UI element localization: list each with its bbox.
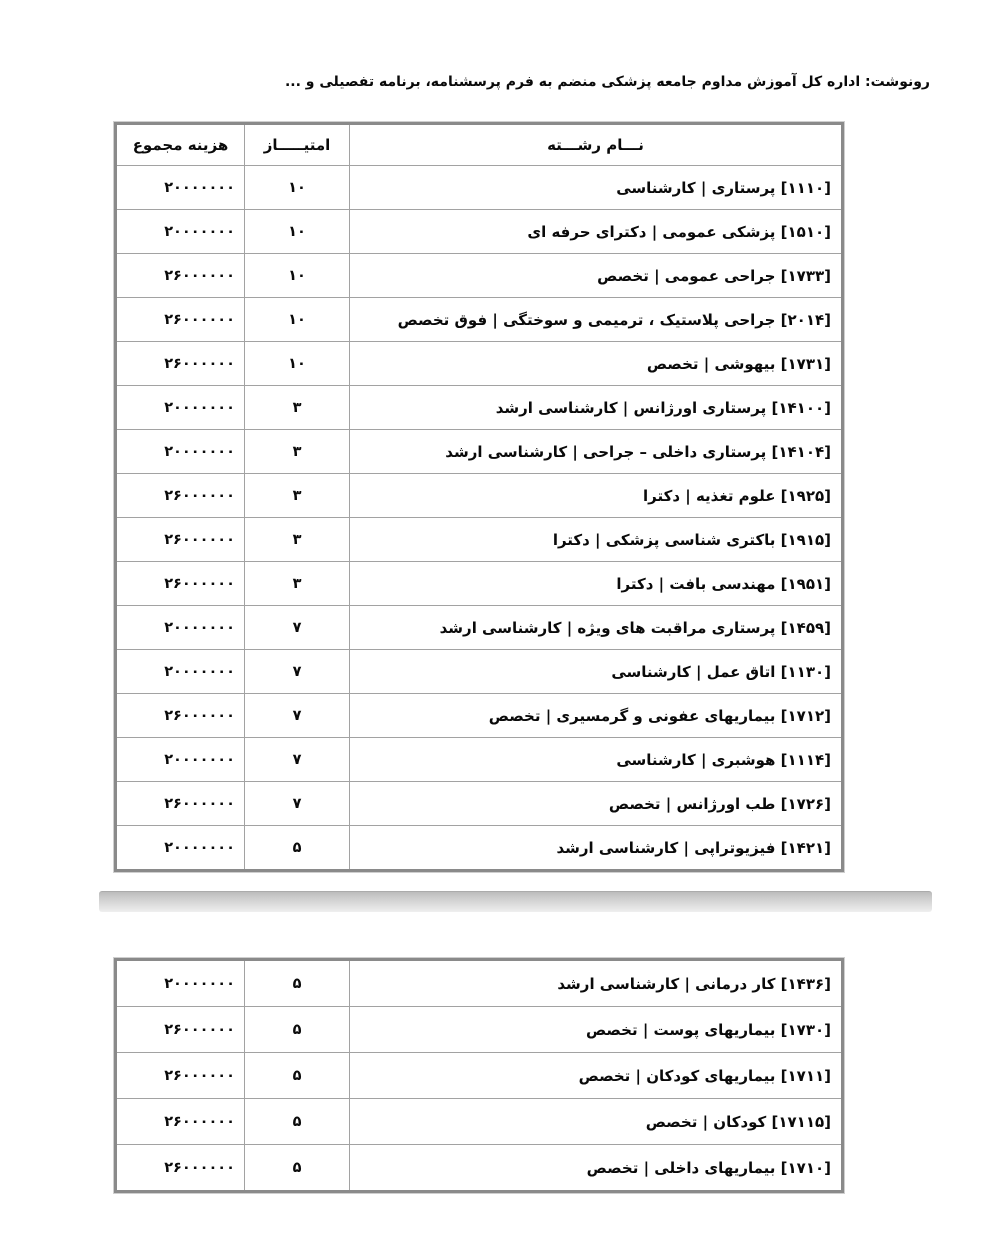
- cell-total-cost: ۲۶۰۰۰۰۰۰: [116, 518, 245, 562]
- cell-total-cost: ۲۰۰۰۰۰۰۰: [116, 738, 245, 782]
- cell-total-cost: ۲۶۰۰۰۰۰۰: [116, 342, 245, 386]
- table-row: [۱۷۳۱] بیهوشی | تخصص۱۰۲۶۰۰۰۰۰۰: [116, 342, 843, 386]
- cell-field-name: [۱۵۱۰] پزشکی عمومی | دکترای حرفه ای: [350, 210, 843, 254]
- programs-table-bottom: [۱۴۳۶] کار درمانی | کارشناسی ارشد۵۲۰۰۰۰۰…: [114, 958, 844, 1193]
- cell-score: ۳: [245, 386, 350, 430]
- table-row: [۱۷۲۶] طب اورژانس | تخصص۷۲۶۰۰۰۰۰۰: [116, 782, 843, 826]
- table-row: [۱۴۱۰۰] پرستاری اورژانس | کارشناسی ارشد۳…: [116, 386, 843, 430]
- cell-score: ۱۰: [245, 342, 350, 386]
- cell-field-name: [۱۷۱۱] بیماریهای کودکان | تخصص: [350, 1053, 843, 1099]
- table-row: [۲۰۱۴] جراحی پلاستیک ، ترمیمی و سوختگی |…: [116, 298, 843, 342]
- cell-score: ۵: [245, 1099, 350, 1145]
- cell-score: ۵: [245, 1007, 350, 1053]
- column-header-total-cost: هزینه مجموع: [116, 124, 245, 166]
- cell-total-cost: ۲۰۰۰۰۰۰۰: [116, 430, 245, 474]
- cell-field-name: [۱۱۳۰] اتاق عمل | کارشناسی: [350, 650, 843, 694]
- table-row: [۱۴۲۱] فیزیوتراپی | کارشناسی ارشد۵۲۰۰۰۰۰…: [116, 826, 843, 871]
- cell-score: ۳: [245, 474, 350, 518]
- cell-field-name: [۱۹۱۵] باکتری شناسی پزشکی | دکترا: [350, 518, 843, 562]
- cell-field-name: [۱۹۲۵] علوم تغذیه | دکترا: [350, 474, 843, 518]
- column-header-field-name: نـــام رشـــته: [350, 124, 843, 166]
- cell-total-cost: ۲۶۰۰۰۰۰۰: [116, 254, 245, 298]
- copy-distribution-note: رونوشت: اداره کل آموزش مداوم جامعه پزشکی…: [285, 74, 930, 90]
- cell-total-cost: ۲۶۰۰۰۰۰۰: [116, 694, 245, 738]
- cell-score: ۳: [245, 518, 350, 562]
- cell-total-cost: ۲۰۰۰۰۰۰۰: [116, 606, 245, 650]
- cell-score: ۷: [245, 782, 350, 826]
- table-row: [۱۹۲۵] علوم تغذیه | دکترا۳۲۶۰۰۰۰۰۰: [116, 474, 843, 518]
- cell-total-cost: ۲۰۰۰۰۰۰۰: [116, 650, 245, 694]
- cell-score: ۱۰: [245, 298, 350, 342]
- cell-field-name: [۱۴۱۰۴] پرستاری داخلی – جراحی | کارشناسی…: [350, 430, 843, 474]
- cell-score: ۳: [245, 430, 350, 474]
- cell-field-name: [۱۷۱۱۵] کودکان | تخصص: [350, 1099, 843, 1145]
- cell-total-cost: ۲۰۰۰۰۰۰۰: [116, 826, 245, 871]
- table-row: [۱۱۱۰] پرستاری | کارشناسی۱۰۲۰۰۰۰۰۰۰: [116, 166, 843, 210]
- table-row: [۱۱۱۴] هوشبری | کارشناسی۷۲۰۰۰۰۰۰۰: [116, 738, 843, 782]
- cell-score: ۷: [245, 606, 350, 650]
- table-row: [۱۷۱۰] بیماریهای داخلی | تخصص۵۲۶۰۰۰۰۰۰: [116, 1145, 843, 1192]
- cell-field-name: [۱۴۱۰۰] پرستاری اورژانس | کارشناسی ارشد: [350, 386, 843, 430]
- cell-total-cost: ۲۰۰۰۰۰۰۰: [116, 166, 245, 210]
- programs-table-bottom-body: [۱۴۳۶] کار درمانی | کارشناسی ارشد۵۲۰۰۰۰۰…: [116, 960, 843, 1192]
- table-row: [۱۱۳۰] اتاق عمل | کارشناسی۷۲۰۰۰۰۰۰۰: [116, 650, 843, 694]
- table-row: [۱۷۳۳] جراحی عمومی | تخصص۱۰۲۶۰۰۰۰۰۰: [116, 254, 843, 298]
- programs-table-top-body: [۱۱۱۰] پرستاری | کارشناسی۱۰۲۰۰۰۰۰۰۰[۱۵۱۰…: [116, 166, 843, 871]
- cell-field-name: [۱۱۱۰] پرستاری | کارشناسی: [350, 166, 843, 210]
- cell-score: ۳: [245, 562, 350, 606]
- table-row: [۱۹۱۵] باکتری شناسی پزشکی | دکترا۳۲۶۰۰۰۰…: [116, 518, 843, 562]
- cell-total-cost: ۲۶۰۰۰۰۰۰: [116, 474, 245, 518]
- table-row: [۱۴۳۶] کار درمانی | کارشناسی ارشد۵۲۰۰۰۰۰…: [116, 960, 843, 1007]
- cell-total-cost: ۲۰۰۰۰۰۰۰: [116, 386, 245, 430]
- cell-total-cost: ۲۶۰۰۰۰۰۰: [116, 1099, 245, 1145]
- table-row: [۱۴۵۹] پرستاری مراقبت های ویژه | کارشناس…: [116, 606, 843, 650]
- table-row: [۱۴۱۰۴] پرستاری داخلی – جراحی | کارشناسی…: [116, 430, 843, 474]
- cell-total-cost: ۲۶۰۰۰۰۰۰: [116, 782, 245, 826]
- table-row: [۱۹۵۱] مهندسی بافت | دکترا۳۲۶۰۰۰۰۰۰: [116, 562, 843, 606]
- cell-total-cost: ۲۶۰۰۰۰۰۰: [116, 1053, 245, 1099]
- cell-score: ۵: [245, 960, 350, 1007]
- column-header-score: امتیـــــاز: [245, 124, 350, 166]
- cell-field-name: [۱۱۱۴] هوشبری | کارشناسی: [350, 738, 843, 782]
- cell-score: ۵: [245, 1145, 350, 1192]
- cell-field-name: [۱۴۲۱] فیزیوتراپی | کارشناسی ارشد: [350, 826, 843, 871]
- cell-total-cost: ۲۶۰۰۰۰۰۰: [116, 562, 245, 606]
- cell-total-cost: ۲۰۰۰۰۰۰۰: [116, 960, 245, 1007]
- cell-score: ۱۰: [245, 210, 350, 254]
- document-page: رونوشت: اداره کل آموزش مداوم جامعه پزشکی…: [0, 0, 985, 1255]
- cell-field-name: [۱۴۵۹] پرستاری مراقبت های ویژه | کارشناس…: [350, 606, 843, 650]
- cell-score: ۵: [245, 1053, 350, 1099]
- cell-field-name: [۱۷۱۰] بیماریهای داخلی | تخصص: [350, 1145, 843, 1192]
- cell-score: ۵: [245, 826, 350, 871]
- cell-total-cost: ۲۶۰۰۰۰۰۰: [116, 1007, 245, 1053]
- cell-score: ۷: [245, 650, 350, 694]
- cell-field-name: [۲۰۱۴] جراحی پلاستیک ، ترمیمی و سوختگی |…: [350, 298, 843, 342]
- cell-score: ۱۰: [245, 254, 350, 298]
- programs-table-top: نـــام رشـــته امتیـــــاز هزینه مجموع […: [114, 122, 844, 872]
- table-row: [۱۷۱۱] بیماریهای کودکان | تخصص۵۲۶۰۰۰۰۰۰: [116, 1053, 843, 1099]
- table-row: [۱۵۱۰] پزشکی عمومی | دکترای حرفه ای۱۰۲۰۰…: [116, 210, 843, 254]
- cell-field-name: [۱۹۵۱] مهندسی بافت | دکترا: [350, 562, 843, 606]
- table-row: [۱۷۱۲] بیماریهای عفونی و گرمسیری | تخصص۷…: [116, 694, 843, 738]
- table-row: [۱۷۱۱۵] کودکان | تخصص۵۲۶۰۰۰۰۰۰: [116, 1099, 843, 1145]
- cell-field-name: [۱۴۳۶] کار درمانی | کارشناسی ارشد: [350, 960, 843, 1007]
- cell-field-name: [۱۷۳۳] جراحی عمومی | تخصص: [350, 254, 843, 298]
- cell-total-cost: ۲۶۰۰۰۰۰۰: [116, 298, 245, 342]
- page-break-separator-bar: [99, 891, 932, 912]
- cell-score: ۷: [245, 694, 350, 738]
- cell-field-name: [۱۷۳۰] بیماریهای پوست | تخصص: [350, 1007, 843, 1053]
- table-header-row: نـــام رشـــته امتیـــــاز هزینه مجموع: [116, 124, 843, 166]
- cell-total-cost: ۲۶۰۰۰۰۰۰: [116, 1145, 245, 1192]
- table-row: [۱۷۳۰] بیماریهای پوست | تخصص۵۲۶۰۰۰۰۰۰: [116, 1007, 843, 1053]
- cell-field-name: [۱۷۱۲] بیماریهای عفونی و گرمسیری | تخصص: [350, 694, 843, 738]
- cell-score: ۱۰: [245, 166, 350, 210]
- cell-field-name: [۱۷۲۶] طب اورژانس | تخصص: [350, 782, 843, 826]
- cell-score: ۷: [245, 738, 350, 782]
- cell-field-name: [۱۷۳۱] بیهوشی | تخصص: [350, 342, 843, 386]
- cell-total-cost: ۲۰۰۰۰۰۰۰: [116, 210, 245, 254]
